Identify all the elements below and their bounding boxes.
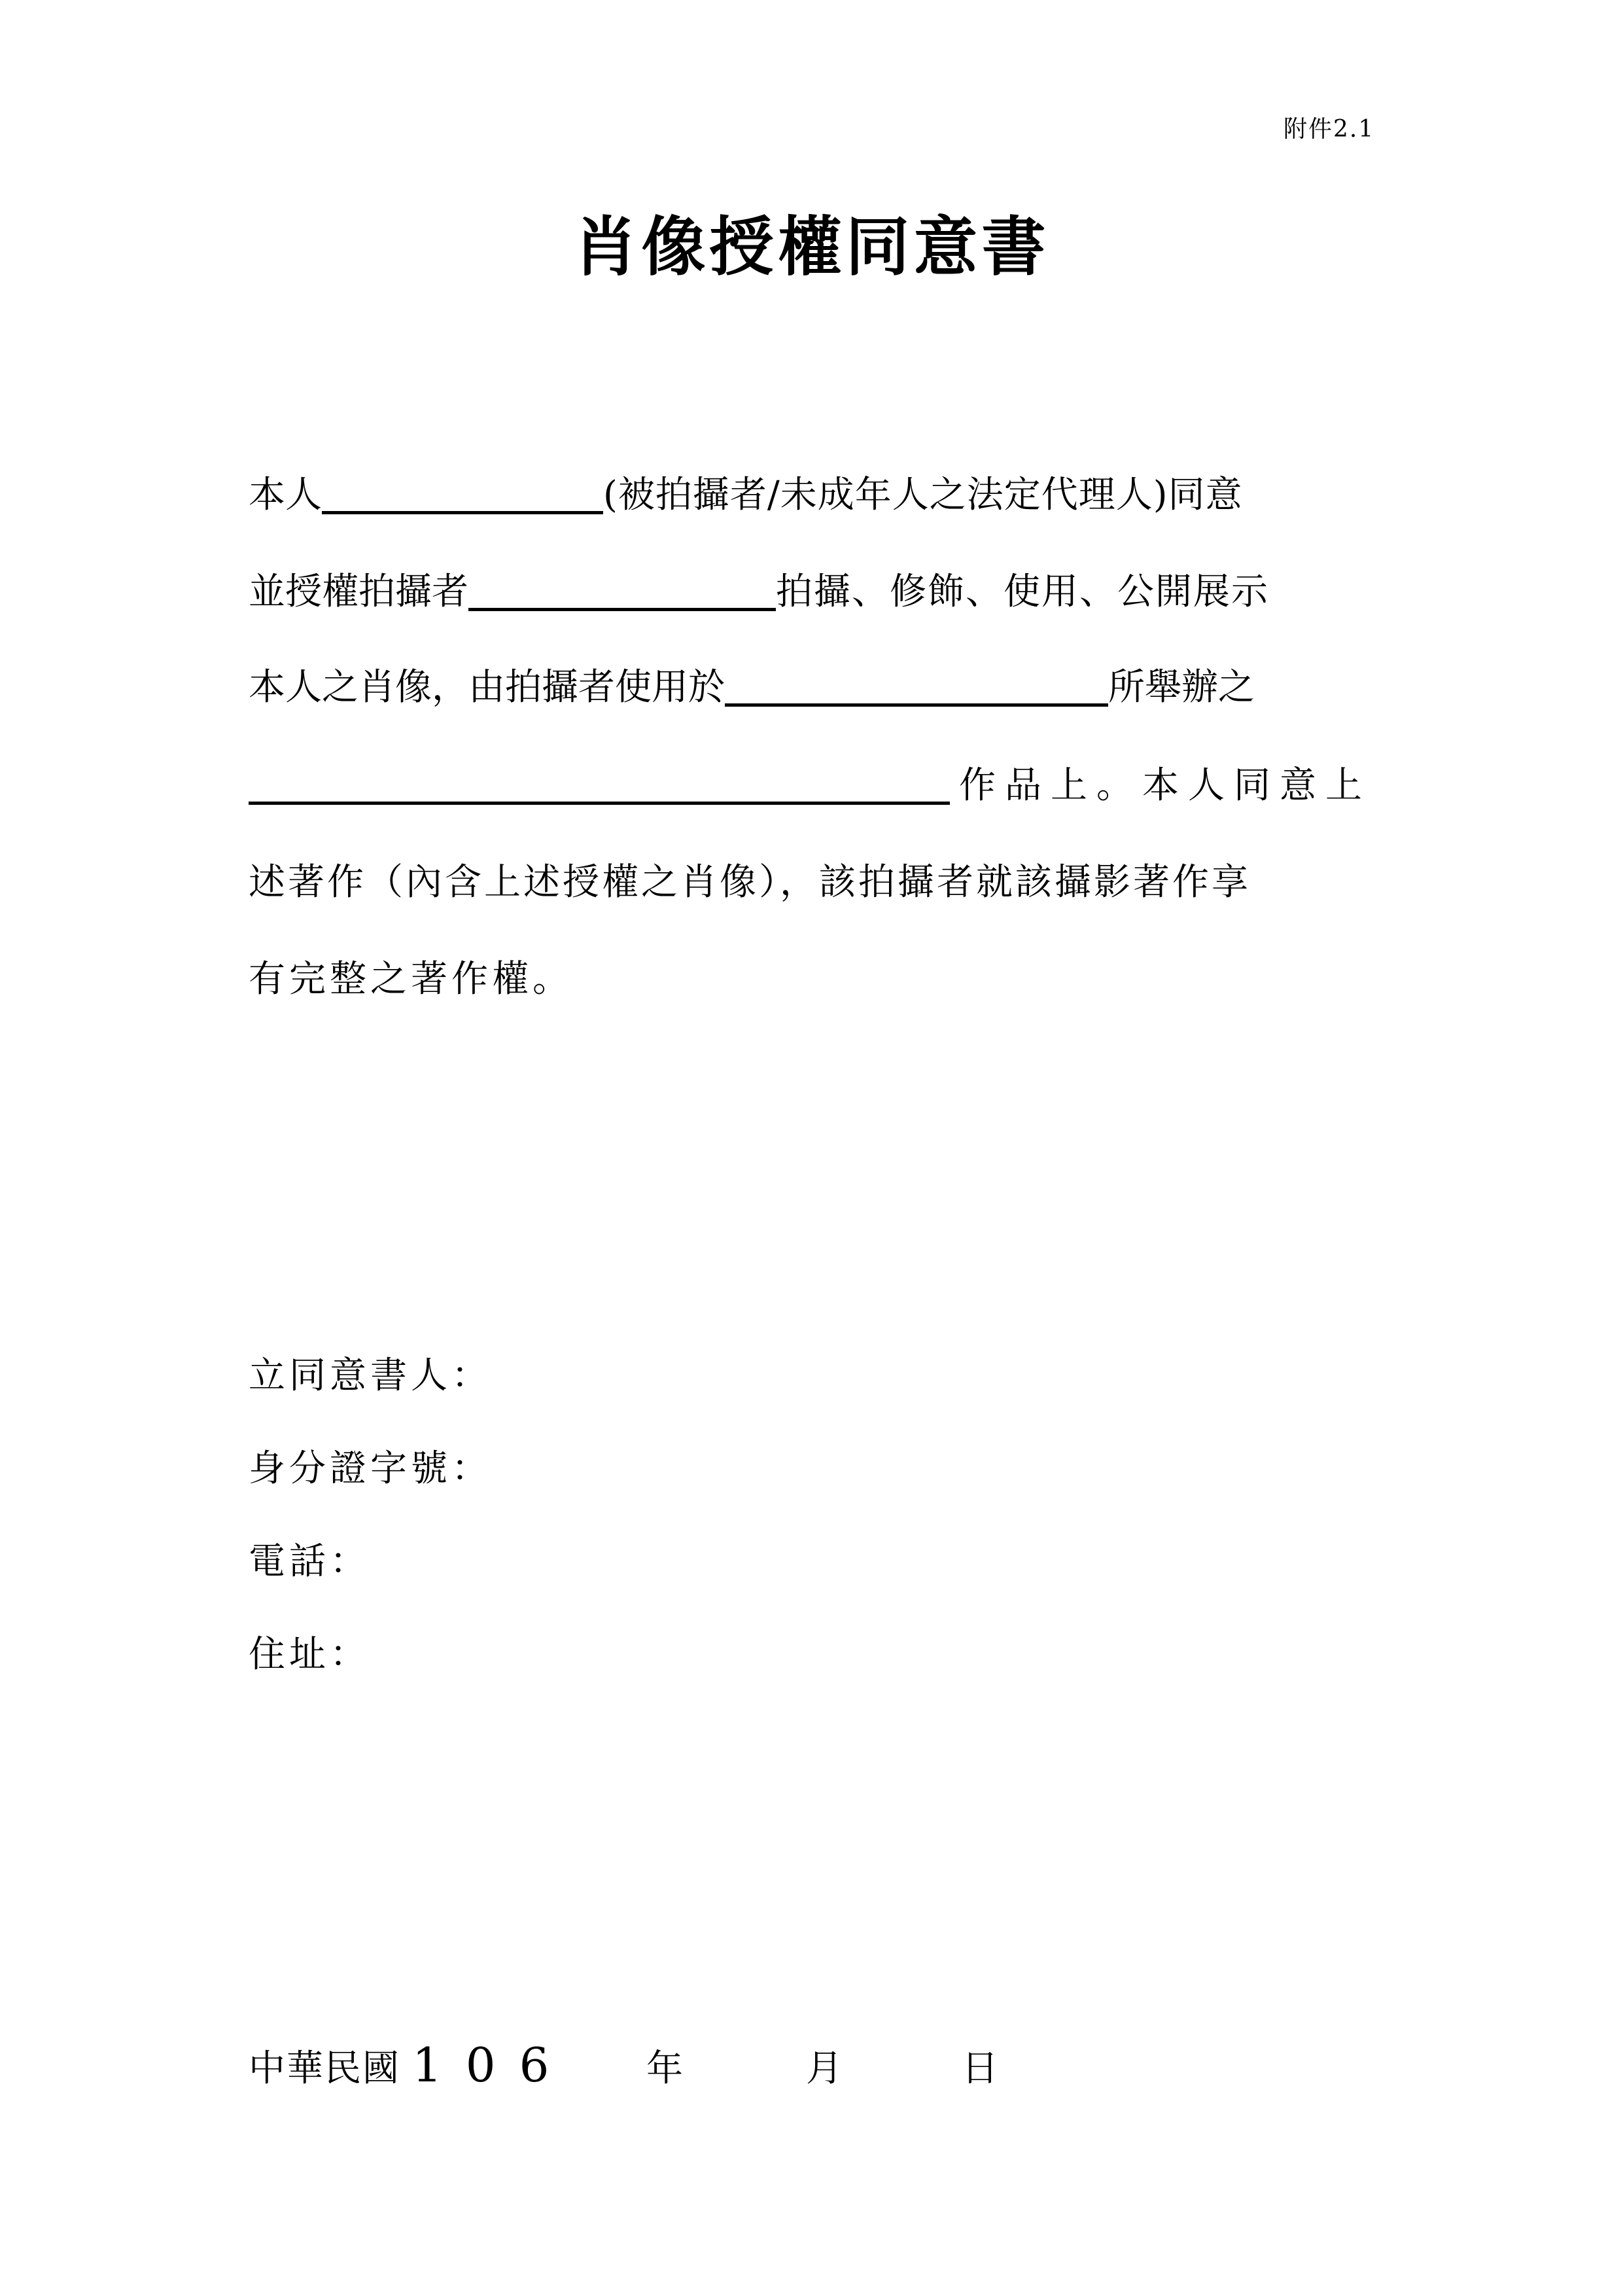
date-day-label: 日 (962, 2043, 998, 2095)
signer-name-label: 立同意書人： (249, 1353, 492, 1399)
line1-suffix: (被拍攝者/未成年人之法定代理人)同意 (603, 472, 1243, 518)
line2-suffix: 拍攝、修飾、使用、公開展示 (776, 569, 1269, 615)
address-label: 住址： (249, 1632, 370, 1678)
line4-suffix: 作品上。本人同意上 (959, 763, 1371, 809)
id-number-label: 身分證字號： (249, 1446, 492, 1492)
organizer-blank[interactable] (725, 667, 1108, 707)
subject-name-blank[interactable] (322, 474, 603, 514)
date-month-label: 月 (806, 2043, 843, 2095)
date-year-value: 106 (412, 2039, 572, 2091)
attachment-label: 附件2.1 (1283, 116, 1374, 143)
document-page: 附件2.1 肖像授權同意書 本人 (被拍攝者/未成年人之法定代理人)同意 並授權… (0, 0, 1623, 2296)
line6-text: 有完整之著作權。 (249, 957, 573, 1002)
line3-prefix: 本人之肖像，由拍攝者使用於 (249, 665, 725, 711)
paragraph-line-1: 本人 (被拍攝者/未成年人之法定代理人)同意 (249, 472, 1387, 518)
line1-prefix: 本人 (249, 472, 322, 518)
date-year-label: 年 (646, 2043, 683, 2095)
date-era-label: 中華民國 (249, 2043, 400, 2095)
phone-label: 電話： (249, 1539, 370, 1585)
paragraph-line-6: 有完整之著作權。 (249, 957, 1387, 1002)
work-title-blank[interactable] (249, 765, 950, 805)
page-title: 肖像授權同意書 (0, 208, 1623, 287)
paragraph-line-5: 述著作（內含上述授權之肖像），該拍攝者就該攝影著作享 (249, 860, 1387, 906)
line2-prefix: 並授權拍攝者 (249, 569, 468, 615)
line5-text: 述著作（內含上述授權之肖像），該拍攝者就該攝影著作享 (249, 860, 1251, 906)
line3-suffix: 所舉辦之 (1108, 665, 1255, 711)
paragraph-line-4: 作品上。本人同意上 (249, 763, 1387, 809)
photographer-name-blank[interactable] (468, 571, 776, 611)
paragraph-line-2: 並授權拍攝者 拍攝、修飾、使用、公開展示 (249, 569, 1387, 615)
paragraph-line-3: 本人之肖像，由拍攝者使用於 所舉辦之 (249, 665, 1387, 711)
